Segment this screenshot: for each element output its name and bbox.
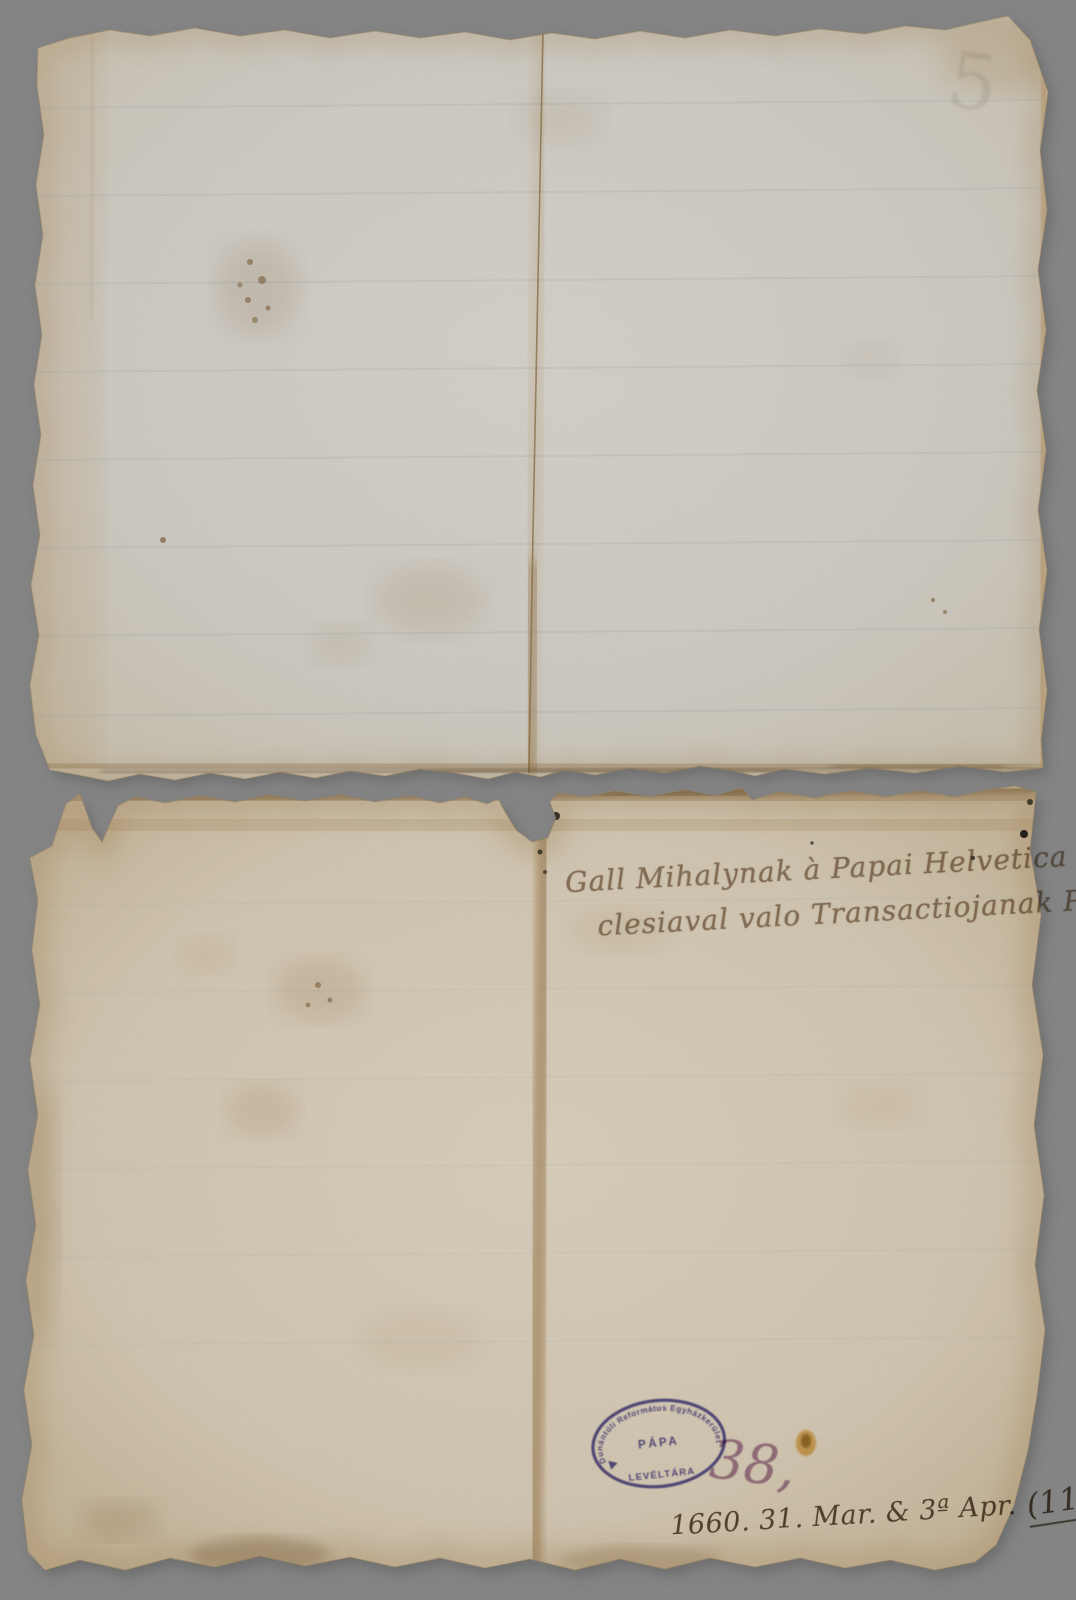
stamp-place: PÁPA [638, 1434, 680, 1451]
archive-number: 38, [706, 1427, 799, 1500]
horizontal-crease-bottom [30, 790, 1040, 800]
stamp-ornament-icon [608, 1460, 618, 1470]
item-number: (11. [1024, 1478, 1076, 1527]
paper-artwork [0, 0, 1076, 1600]
stamp-ring-text: Dunántúli Református Egyházkerület [591, 1397, 724, 1465]
scanned-document: Gall Mihalynak à Papai Helvetica Ec cles… [0, 0, 1076, 1600]
